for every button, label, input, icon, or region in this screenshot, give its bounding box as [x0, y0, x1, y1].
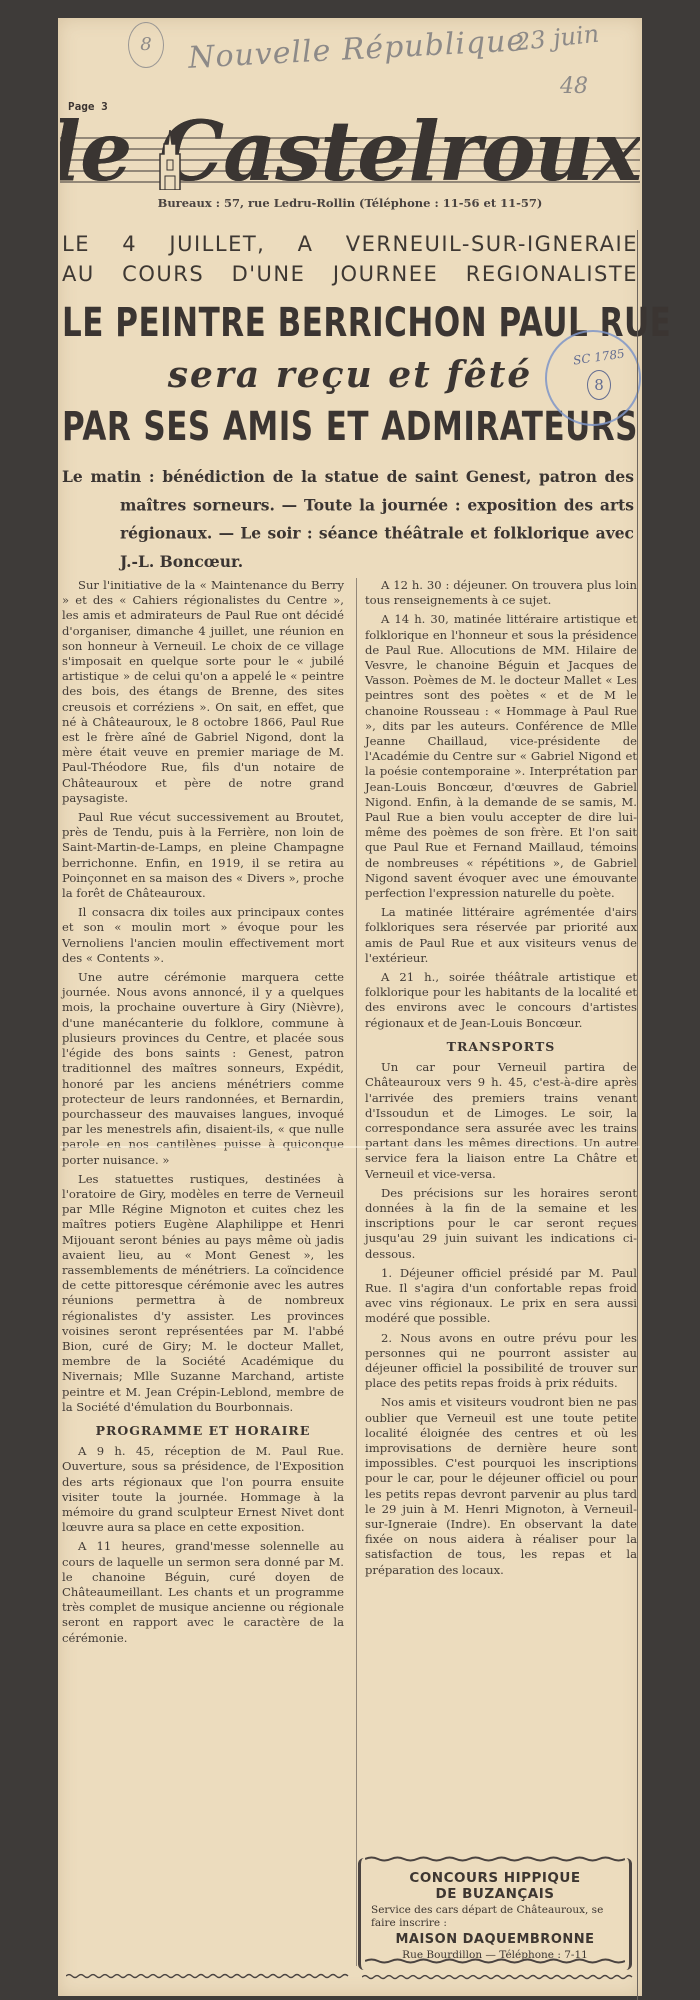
- paragraph: Des précisions sur les horaires seront d…: [365, 1186, 637, 1262]
- stamp-code: SC 1785: [572, 346, 625, 367]
- paragraph: La matinée littéraire agrémentée d'airs …: [365, 905, 637, 966]
- paragraph: A 12 h. 30 : déjeuner. On trouvera plus …: [365, 578, 637, 608]
- column-divider: [356, 578, 357, 1966]
- handwritten-year: 48: [560, 74, 588, 99]
- paragraph: A 21 h., soirée théâtrale artistique et …: [365, 970, 637, 1031]
- article-summary: Le matin : bénédiction de la statue de s…: [62, 462, 634, 575]
- paragraph: Nos amis et visiteurs voudront bien ne p…: [365, 1395, 637, 1577]
- paragraph: A 9 h. 45, réception de M. Paul Rue. Ouv…: [62, 1444, 344, 1535]
- paragraph: Les statuettes rustiques, destinées à l'…: [62, 1172, 344, 1415]
- handwritten-annotation: 8 Nouvelle République 23 juin 48: [120, 18, 600, 108]
- right-border-rule: [637, 230, 638, 2000]
- wavy-border-icon: [365, 1856, 625, 1862]
- handwritten-circled-number: 8: [128, 22, 164, 68]
- office-address: Bureaux : 57, rue Ledru-Rollin (Téléphon…: [60, 196, 640, 210]
- article-column-left: Sur l'initiative de la « Maintenance du …: [62, 578, 344, 1650]
- paragraph: Il consacra dix toiles aux principaux co…: [62, 905, 344, 966]
- paragraph: A 11 heures, grand'messe solennelle au c…: [62, 1539, 344, 1645]
- paragraph: Sur l'initiative de la « Maintenance du …: [62, 578, 344, 806]
- headline-main-2: PAR SES AMIS ET ADMIRATEURS: [62, 404, 638, 450]
- section-heading-programme: PROGRAMME ET HORAIRE: [62, 1423, 344, 1438]
- paragraph: Un car pour Verneuil partira de Châteaur…: [365, 1060, 637, 1182]
- ad-title-1: CONCOURS HIPPIQUE: [361, 1870, 629, 1886]
- paragraph: 1. Déjeuner officiel présidé par M. Paul…: [365, 1266, 637, 1327]
- page-number: Page 3: [68, 100, 108, 113]
- wavy-rule-icon: [362, 1974, 634, 1980]
- headline-kicker-2: AU COURS D'UNE JOURNEE REGIONALISTE: [62, 262, 638, 286]
- ad-company: MAISON DAQUEMBRONNE: [361, 1932, 629, 1947]
- handwritten-date: 23 juin: [514, 20, 601, 57]
- headline-main-1: LE PEINTRE BERRICHON PAUL RUE: [62, 300, 638, 346]
- summary-lead: Le matin :: [62, 466, 155, 486]
- section-heading-transports: TRANSPORTS: [365, 1039, 637, 1054]
- masthead: le Castelroux: [60, 118, 640, 196]
- handwritten-source: Nouvelle République: [187, 23, 526, 76]
- paragraph: 2. Nous avons en outre prévu pour les pe…: [365, 1331, 637, 1392]
- ad-title-2: DE BUZANÇAIS: [361, 1886, 629, 1902]
- article-column-right: A 12 h. 30 : déjeuner. On trouvera plus …: [365, 578, 637, 1582]
- summary-text: bénédiction de la statue de saint Genest…: [120, 466, 634, 571]
- paper-fold: [60, 1146, 640, 1148]
- advertisement-box: CONCOURS HIPPIQUE DE BUZANÇAIS Service d…: [358, 1858, 632, 1970]
- ad-service-text: Service des cars départ de Châteauroux, …: [361, 1904, 629, 1930]
- paragraph: Une autre cérémonie marquera cette journ…: [62, 970, 344, 1168]
- paragraph: Paul Rue vécut successivement au Broutet…: [62, 810, 344, 901]
- wavy-border-icon: [365, 1958, 625, 1964]
- library-stamp: SC 1785 8: [545, 330, 641, 426]
- stamp-number: 8: [587, 370, 611, 400]
- wavy-rule-icon: [66, 1973, 350, 1979]
- masthead-title: le Castelroux: [60, 118, 640, 196]
- headline-kicker-1: LE 4 JUILLET, A VERNEUIL-SUR-IGNERAIE: [62, 232, 638, 256]
- church-icon: [156, 130, 184, 190]
- paragraph: A 14 h. 30, matinée littéraire artistiqu…: [365, 612, 637, 901]
